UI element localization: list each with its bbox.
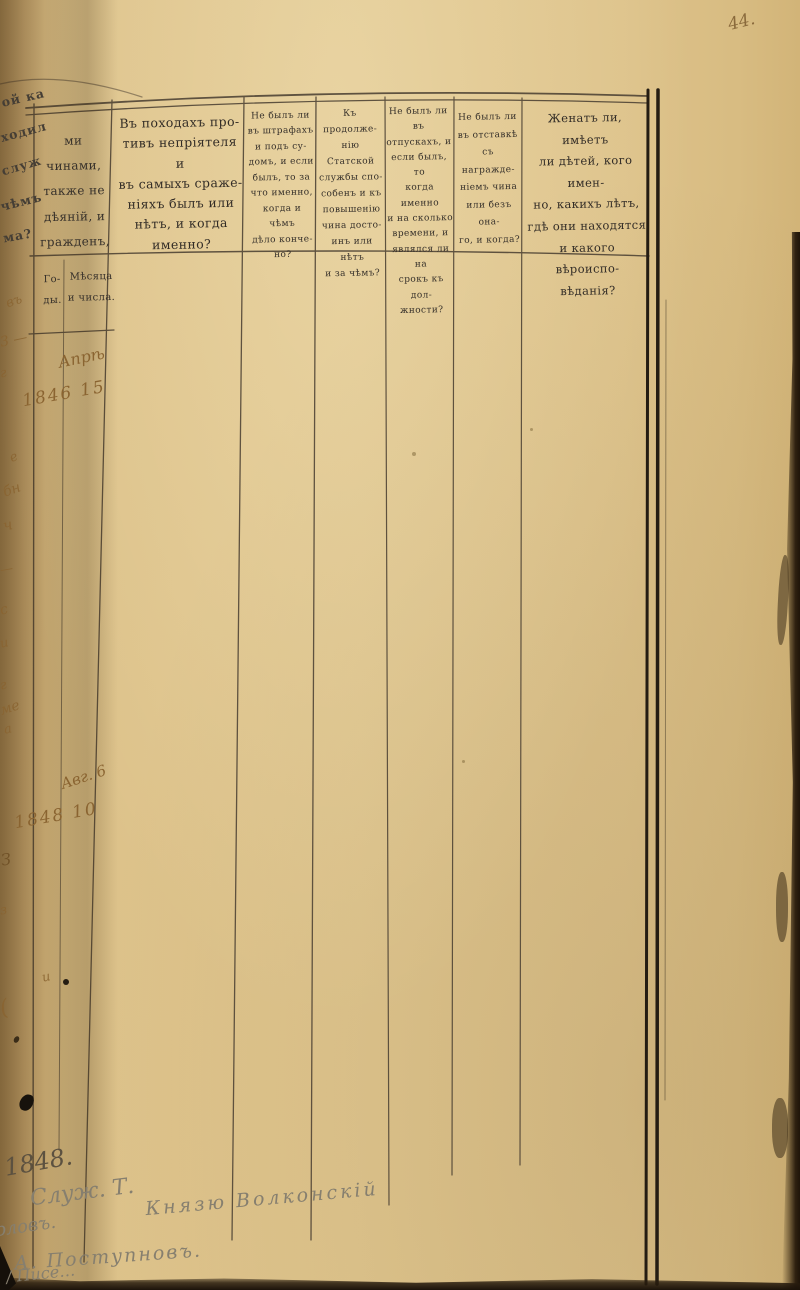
edge-stain: [772, 1098, 788, 1158]
header-penalties: Не былъ ли въ штрафахъ и подъ су- домъ, …: [247, 108, 317, 264]
header-prior-column-fragment: ми чинами, также не дѣяній, и гражденъ,: [35, 128, 113, 255]
header-campaigns: Въ походахъ про- тивъ непріятеля и въ са…: [116, 112, 245, 256]
header-leaves: Не былъ ли въ отпускахъ, и если былъ, то…: [385, 104, 456, 319]
table-right-border-faint: [665, 300, 666, 1100]
paper-speck: [412, 452, 416, 456]
ink-dot: [63, 979, 69, 985]
header-promotion: Къ продолже- нію Статской службы спо- со…: [317, 105, 386, 282]
paper-speck: [462, 760, 465, 763]
edge-stain: [776, 872, 788, 942]
header-retirement: Не былъ ли въ отставкѣ съ награжде- ніем…: [455, 109, 522, 250]
header-family: Женатъ ли, имѣетъ ли дѣтей, кого имен- н…: [525, 107, 648, 304]
paper-speck: [530, 428, 533, 431]
subheader-months: Мѣсяца и числа.: [66, 266, 116, 309]
scanned-service-record-page: 44. ой ка ходил служ чѣмъ ма? ми чинами,…: [0, 0, 800, 1290]
subheader-years: Го- ды.: [39, 269, 67, 311]
fold-ink-mark: —: [0, 561, 14, 578]
table-header-band: ми чинами, также не дѣяній, и гражденъ, …: [0, 0, 800, 406]
